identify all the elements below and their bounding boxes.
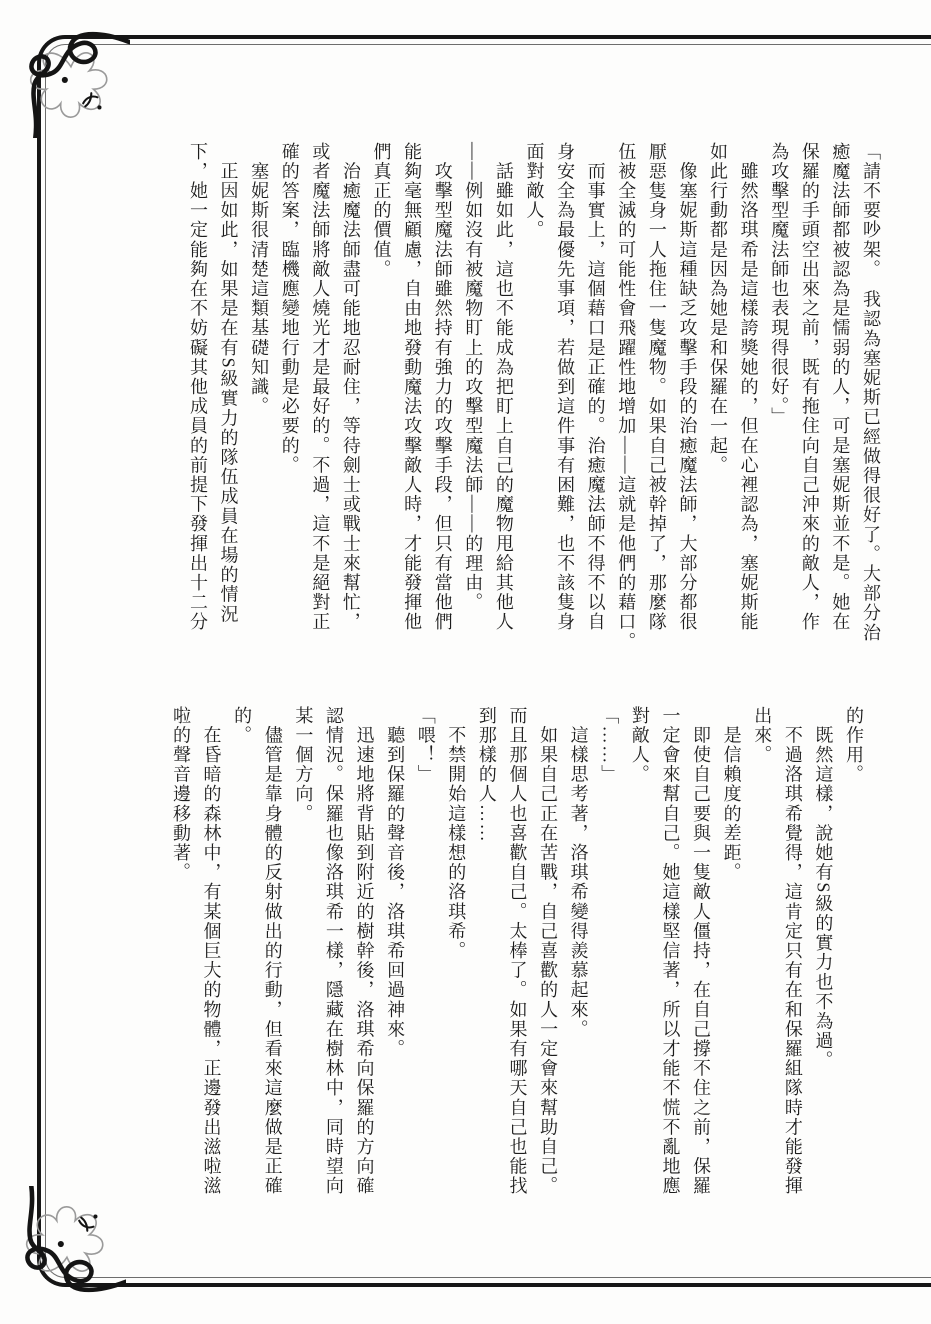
text-column: 治癒魔法師盡可能地忍耐住，等待劍士或戰士來幫忙， [335, 142, 366, 656]
text-column: 到那樣的人…… [471, 706, 502, 1238]
text-column: 們真正的價值。 [366, 142, 397, 656]
text-column: 能夠毫無顧慮，自由地發動魔法攻擊敵人時，才能發揮他 [397, 142, 428, 656]
text-column: 出來。 [747, 706, 778, 1238]
text-column: 「請不要吵架。 我認為塞妮斯已經做得很好了。大部分治 [855, 142, 886, 656]
text-column: 對敵人。 [624, 706, 655, 1238]
text-column: 某一個方向。 [288, 706, 319, 1238]
text-column: 在昏暗的森林中，有某個巨大的物體，正邊發出滋啦滋 [196, 706, 227, 1238]
text-column: 保羅的手頭空出來之前，既有拖住向自己沖來的敵人，作 [794, 142, 825, 656]
corner-flourish-icon [14, 1186, 126, 1298]
text-column: 雖然洛琪希是這樣誇獎她的，但在心裡認為，塞妮斯能 [733, 142, 764, 656]
text-column: 而事實上，這個藉口是正確的。治癒魔法師不得不以自 [580, 142, 611, 656]
text-column: 或者魔法師將敵人燒光才是最好的。不過，這不是絕對正 [305, 142, 336, 656]
text-column: ——例如沒有被魔物盯上的攻擊型魔法師——的理由。 [458, 142, 489, 656]
text-column: 不過洛琪希覺得，這肯定只有在和保羅組隊時才能發揮 [777, 706, 808, 1238]
text-column: 塞妮斯很清楚這類基礎知識。 [244, 142, 275, 656]
text-column: 確的答案，臨機應變地行動是必要的。 [274, 142, 305, 656]
novel-page: 「請不要吵架。 我認為塞妮斯已經做得很好了。大部分治 癒魔法師都被認為是懦弱的人… [0, 0, 931, 1324]
text-section-lower: 的作用。 既然這樣，說她有S級的實力也不為過。 不過洛琪希覺得，這肯定只有在和保… [157, 706, 869, 1238]
text-column: 身安全為最優先事項，若做到這件事有困難，也不該隻身 [549, 142, 580, 656]
text-column: 的作用。 [838, 706, 869, 1238]
text-column: 啦的聲音邊移動著。 [165, 706, 196, 1238]
text-column: 不禁開始這樣想的洛琪希。 [441, 706, 472, 1238]
text-column: 為攻擊型魔法師也表現得很好。」 [764, 142, 795, 656]
text-column: 聽到保羅的聲音後，洛琪希回過神來。 [380, 706, 411, 1238]
text-column: 認情況。保羅也像洛琪希一樣，隱藏在樹林中，同時望向 [318, 706, 349, 1238]
text-column: 的。 [227, 706, 258, 1238]
text-column: 而且那個人也喜歡自己。太棒了。如果有哪天自己也能找 [502, 706, 533, 1238]
text-column: 癒魔法師都被認為是懦弱的人，可是塞妮斯並不是。她在 [825, 142, 856, 656]
text-column: 像塞妮斯這種缺乏攻擊手段的治癒魔法師，大部分都很 [672, 142, 703, 656]
text-column: 如果自己正在苦戰，自己喜歡的人一定會來幫助自己。 [532, 706, 563, 1238]
text-column: 下，她一定能夠在不妨礙其他成員的前提下發揮出十二分 [182, 142, 213, 656]
text-column: 「……」 [594, 706, 625, 1238]
text-column: 這樣思考著，洛琪希變得羨慕起來。 [563, 706, 594, 1238]
text-column: 既然這樣，說她有S級的實力也不為過。 [808, 706, 839, 1238]
text-column: 厭惡隻身一人拖住一隻魔物。如果自己被幹掉了，那麼隊 [641, 142, 672, 656]
text-column: 攻擊型魔法師雖然持有強力的攻擊手段，但只有當他們 [427, 142, 458, 656]
text-column: 如此行動都是因為她是和保羅在一起。 [702, 142, 733, 656]
corner-flourish-icon [18, 26, 130, 138]
text-column: 話雖如此，這也不能成為把盯上自己的魔物甩給其他人 [488, 142, 519, 656]
text-column: 正因如此，如果是在有S級實力的隊伍成員在場的情況 [213, 142, 244, 656]
text-column: 一定會來幫自己。她這樣堅信著，所以才能不慌不亂地應 [655, 706, 686, 1238]
text-column: 面對敵人。 [519, 142, 550, 656]
text-section-upper: 「請不要吵架。 我認為塞妮斯已經做得很好了。大部分治 癒魔法師都被認為是懦弱的人… [174, 142, 886, 656]
text-column: 是信賴度的差距。 [716, 706, 747, 1238]
text-column: 即使自己要與一隻敵人僵持，在自己撐不住之前，保羅 [685, 706, 716, 1238]
text-column: 「喂！」 [410, 706, 441, 1238]
text-column: 儘管是靠身體的反射做出的行動，但看來這麼做是正確 [257, 706, 288, 1238]
text-column: 伍被全滅的可能性會飛躍性地增加——這就是他們的藉口。 [611, 142, 642, 656]
text-column: 迅速地將背貼到附近的樹幹後，洛琪希向保羅的方向確 [349, 706, 380, 1238]
